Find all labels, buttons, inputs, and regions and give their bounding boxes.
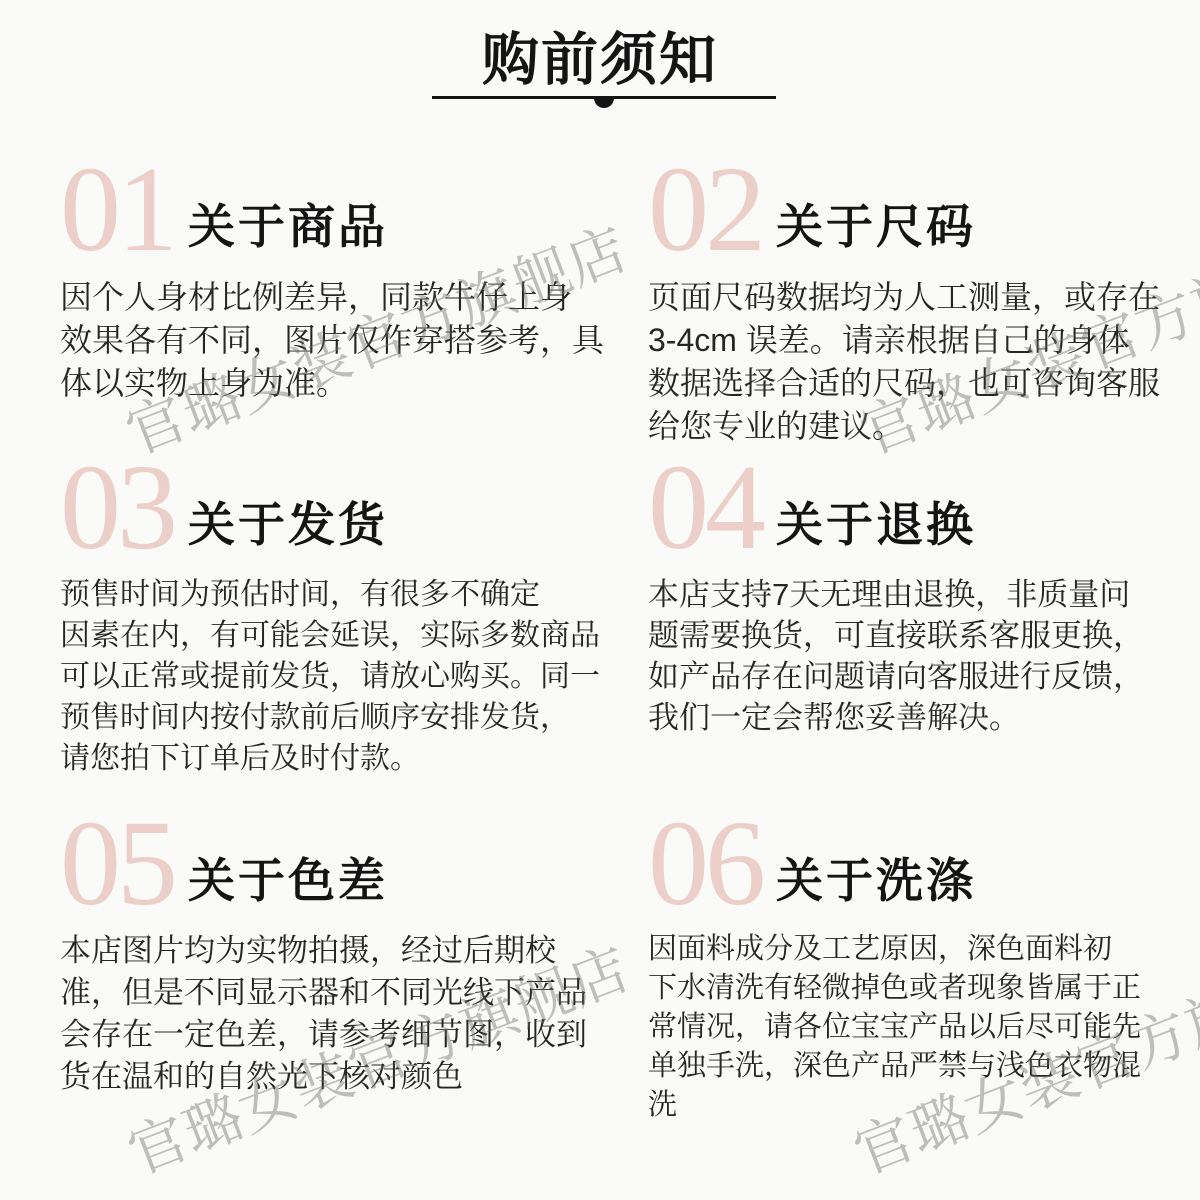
section-number: 05	[60, 820, 174, 908]
section-title: 关于洗涤	[776, 857, 976, 908]
section-body-text: 本店图片均为实物拍摄，经过后期校 准，但是不同显示器和不同光线下产品 会存在一定…	[60, 930, 587, 1098]
section-number: 03	[60, 464, 174, 552]
section-body-text: 本店支持7天无理由退换，非质量问 题需要换货，可直接联系客服更换， 如产品存在问…	[648, 574, 1144, 738]
section-number: 01	[60, 166, 174, 254]
section-body-text: 因个人身材比例差异，同款牛仔上身 效果各有不同，图片仅作穿搭参考，具 体以实物上…	[60, 276, 604, 405]
section-about-product: 01 关于商品 因个人身材比例差异，同款牛仔上身 效果各有不同，图片仅作穿搭参考…	[60, 164, 604, 405]
section-about-washing: 06 关于洗涤 因面料成分及工艺原因，深色面料初 下水清洗有轻微掉色或者现象皆属…	[648, 818, 1141, 1125]
section-body-text: 页面尺码数据均为人工测量，或存在 3-4cm 误差。请亲根据自己的身体 数据选择…	[648, 276, 1160, 448]
section-header: 01 关于商品	[60, 164, 604, 254]
section-title: 关于尺码	[776, 203, 976, 254]
section-about-sizing: 02 关于尺码 页面尺码数据均为人工测量，或存在 3-4cm 误差。请亲根据自己…	[648, 164, 1160, 448]
section-header: 04 关于退换	[648, 462, 1144, 552]
section-body-text: 预售时间为预估时间，有很多不确定 因素在内，有可能会延误，实际多数商品 可以正常…	[60, 574, 600, 779]
divider-bullet-icon	[594, 98, 614, 108]
section-header: 02 关于尺码	[648, 164, 1160, 254]
section-title: 关于商品	[188, 203, 388, 254]
section-header: 05 关于色差	[60, 818, 587, 908]
page-title: 购前须知	[0, 14, 1200, 96]
section-title: 关于退换	[776, 501, 976, 552]
section-number: 06	[648, 820, 762, 908]
section-body-text: 因面料成分及工艺原因，深色面料初 下水清洗有轻微掉色或者现象皆属于正 常情况，请…	[648, 930, 1141, 1125]
section-number: 04	[648, 464, 762, 552]
section-about-color-difference: 05 关于色差 本店图片均为实物拍摄，经过后期校 准，但是不同显示器和不同光线下…	[60, 818, 587, 1098]
section-header: 06 关于洗涤	[648, 818, 1141, 908]
section-header: 03 关于发货	[60, 462, 600, 552]
section-title: 关于发货	[188, 501, 388, 552]
section-number: 02	[648, 166, 762, 254]
section-about-shipping: 03 关于发货 预售时间为预估时间，有很多不确定 因素在内，有可能会延误，实际多…	[60, 462, 600, 779]
section-about-returns: 04 关于退换 本店支持7天无理由退换，非质量问 题需要换货，可直接联系客服更换…	[648, 462, 1144, 738]
title-divider	[432, 96, 776, 99]
section-title: 关于色差	[188, 857, 388, 908]
